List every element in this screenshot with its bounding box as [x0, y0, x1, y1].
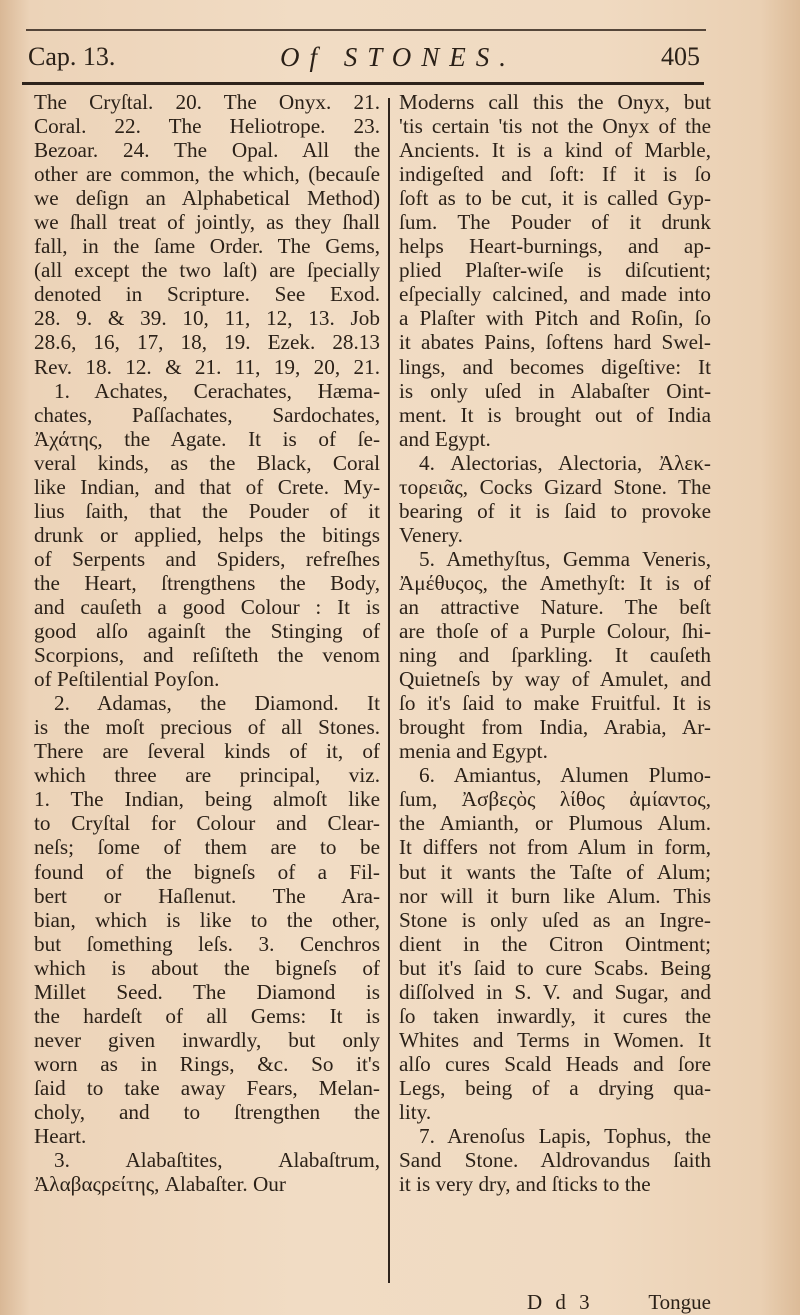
- text-line: ſo it's ſaid to make Fruitful. It is: [399, 691, 711, 715]
- text-line: to Cryſtal for Colour and Clear-: [34, 811, 380, 835]
- text-line: of Peſtilential Poyſon.: [34, 667, 380, 691]
- text-line: but ſomething leſs. 3. Cenchros: [34, 932, 380, 956]
- chapter-label: Cap. 13.: [28, 42, 115, 72]
- text-line: Stone is only uſed as an Ingre-: [399, 908, 711, 932]
- text-line: Bezoar. 24. The Opal. All the: [34, 138, 380, 162]
- text-line: good alſo againſt the Stinging of: [34, 619, 380, 643]
- text-line: ſum. The Pouder of it drunk: [399, 210, 711, 234]
- text-line: brought from India, Arabia, Ar-: [399, 715, 711, 739]
- text-line: Millet Seed. The Diamond is: [34, 980, 380, 1004]
- text-line: it abates Pains, ſoftens hard Swel-: [399, 330, 711, 354]
- text-line: It differs not from Alum in form,: [399, 835, 711, 859]
- right-column: Moderns call this the Onyx, but'tis cert…: [399, 90, 711, 1196]
- text-line: worn as in Rings, &c. So it's: [34, 1052, 380, 1076]
- text-line: Sand Stone. Aldrovandus ſaith: [399, 1148, 711, 1172]
- text-line: Ἀλαβαςρείτης, Alabaſter. Our: [34, 1172, 380, 1196]
- text-line: denoted in Scripture. See Exod.: [34, 282, 380, 306]
- text-line: plied Plaſter-wiſe is diſcutient;: [399, 258, 711, 282]
- text-line: an attractive Nature. The beſt: [399, 595, 711, 619]
- text-line: 6. Amiantus, Alumen Plumo-: [399, 763, 711, 787]
- text-line: Coral. 22. The Heliotrope. 23.: [34, 114, 380, 138]
- catchword: Tongue: [648, 1290, 711, 1315]
- text-line: menia and Egypt.: [399, 739, 711, 763]
- text-line: Legs, being of a drying qua-: [399, 1076, 711, 1100]
- page-footer: D d 3 Tongue: [399, 1290, 711, 1314]
- text-line: Scorpions, and reſiſteth the venom: [34, 643, 380, 667]
- text-line: ſoft as to be cut, it is called Gyp-: [399, 186, 711, 210]
- text-line: bearing of it is ſaid to provoke: [399, 499, 711, 523]
- text-line: ning and ſparkling. It cauſeth: [399, 643, 711, 667]
- text-line: diſſolved in S. V. and Sugar, and: [399, 980, 711, 1004]
- text-line: lius ſaith, that the Pouder of it: [34, 499, 380, 523]
- text-line: eſpecially calcined, and made into: [399, 282, 711, 306]
- column-divider: [388, 98, 390, 1283]
- text-line: drunk or applied, helps the bitings: [34, 523, 380, 547]
- text-line: alſo cures Scald Heads and ſore: [399, 1052, 711, 1076]
- text-line: and cauſeth a good Colour : It is: [34, 595, 380, 619]
- text-line: the Amianth, or Plumous Alum.: [399, 811, 711, 835]
- text-line: 5. Amethyſtus, Gemma Veneris,: [399, 547, 711, 571]
- text-line: a Plaſter with Pitch and Roſin, ſo: [399, 306, 711, 330]
- text-line: 28.6, 16, 17, 18, 19. Ezek. 28.13: [34, 330, 380, 354]
- text-line: the Heart, ſtrengthens the Body,: [34, 571, 380, 595]
- text-line: lings, and becomes digeſtive: It: [399, 355, 711, 379]
- text-line: 'tis certain 'tis not the Onyx of the: [399, 114, 711, 138]
- text-line: 7. Arenoſus Lapis, Tophus, the: [399, 1124, 711, 1148]
- left-column: The Cryſtal. 20. The Onyx. 21.Coral. 22.…: [34, 90, 380, 1196]
- text-line: bian, which is like to the other,: [34, 908, 380, 932]
- text-line: is only uſed in Alabaſter Oint-: [399, 379, 711, 403]
- text-line: but it's ſaid to cure Scabs. Being: [399, 956, 711, 980]
- text-line: which three are principal, viz.: [34, 763, 380, 787]
- text-line: nor will it burn like Alum. This: [399, 884, 711, 908]
- text-line: There are ſeveral kinds of it, of: [34, 739, 380, 763]
- text-line: fall, in the ſame Order. The Gems,: [34, 234, 380, 258]
- text-line: which is about the bigneſs of: [34, 956, 380, 980]
- text-line: we deſign an Alphabetical Method): [34, 186, 380, 210]
- text-line: 28. 9. & 39. 10, 11, 12, 13. Job: [34, 306, 380, 330]
- text-line: bert or Haſlenut. The Ara-: [34, 884, 380, 908]
- text-line: we ſhall treat of jointly, as they ſhall: [34, 210, 380, 234]
- text-line: Ancients. It is a kind of Marble,: [399, 138, 711, 162]
- text-line: choly, and to ſtrengthen the: [34, 1100, 380, 1124]
- text-line: ſaid to take away Fears, Melan-: [34, 1076, 380, 1100]
- text-line: Heart.: [34, 1124, 380, 1148]
- text-line: (all except the two laſt) are ſpecially: [34, 258, 380, 282]
- text-line: 3. Alabaſtites, Alabaſtrum,: [34, 1148, 380, 1172]
- text-line: never given inwardly, but only: [34, 1028, 380, 1052]
- text-line: 1. The Indian, being almoſt like: [34, 787, 380, 811]
- book-page: Cap. 13. Of STONES. 405 The Cryſtal. 20.…: [0, 0, 800, 1315]
- text-line: Venery.: [399, 523, 711, 547]
- text-line: Rev. 18. 12. & 21. 11, 19, 20, 21.: [34, 355, 380, 379]
- text-line: neſs; ſome of them are to be: [34, 835, 380, 859]
- header-rule: [22, 82, 704, 85]
- text-line: of Serpents and Spiders, refreſhes: [34, 547, 380, 571]
- signature-mark: D d 3: [527, 1290, 594, 1315]
- text-line: ment. It is brought out of India: [399, 403, 711, 427]
- text-line: is the moſt precious of all Stones.: [34, 715, 380, 739]
- text-line: Whites and Terms in Women. It: [399, 1028, 711, 1052]
- text-line: indigeſted and ſoft: If it is ſo: [399, 162, 711, 186]
- running-header: Cap. 13. Of STONES. 405: [28, 40, 708, 80]
- text-line: ſo taken inwardly, it cures the: [399, 1004, 711, 1028]
- text-line: 1. Achates, Cerachates, Hæma-: [34, 379, 380, 403]
- page-number: 405: [661, 42, 700, 72]
- text-line: other are common, the which, (becauſe: [34, 162, 380, 186]
- text-line: helps Heart-burnings, and ap-: [399, 234, 711, 258]
- text-line: like Indian, and that of Crete. My-: [34, 475, 380, 499]
- text-line: Ἀμέθυςος, the Amethyſt: It is of: [399, 571, 711, 595]
- text-line: are thoſe of a Purple Colour, ſhi-: [399, 619, 711, 643]
- text-line: 2. Adamas, the Diamond. It: [34, 691, 380, 715]
- text-line: Ἀχάτης, the Agate. It is of ſe-: [34, 427, 380, 451]
- text-line: dient in the Citron Ointment;: [399, 932, 711, 956]
- text-line: lity.: [399, 1100, 711, 1124]
- text-line: chates, Paſſachates, Sardochates,: [34, 403, 380, 427]
- text-line: Moderns call this the Onyx, but: [399, 90, 711, 114]
- text-line: the hardeſt of all Gems: It is: [34, 1004, 380, 1028]
- top-rule: [26, 29, 706, 31]
- text-line: The Cryſtal. 20. The Onyx. 21.: [34, 90, 380, 114]
- text-line: veral kinds, as the Black, Coral: [34, 451, 380, 475]
- text-line: and Egypt.: [399, 427, 711, 451]
- text-line: but it wants the Taſte of Alum;: [399, 860, 711, 884]
- page-title: Of STONES.: [280, 42, 516, 73]
- text-line: found of the bigneſs of a Fil-: [34, 860, 380, 884]
- text-line: 4. Alectorias, Alectoria, Ἀλεκ-: [399, 451, 711, 475]
- text-line: τορειᾶς, Cocks Gizard Stone. The: [399, 475, 711, 499]
- text-line: it is very dry, and ſticks to the: [399, 1172, 711, 1196]
- text-line: ſum, Ἀσβεςὸς λίθος ἀμίαντος,: [399, 787, 711, 811]
- text-line: Quietneſs by way of Amulet, and: [399, 667, 711, 691]
